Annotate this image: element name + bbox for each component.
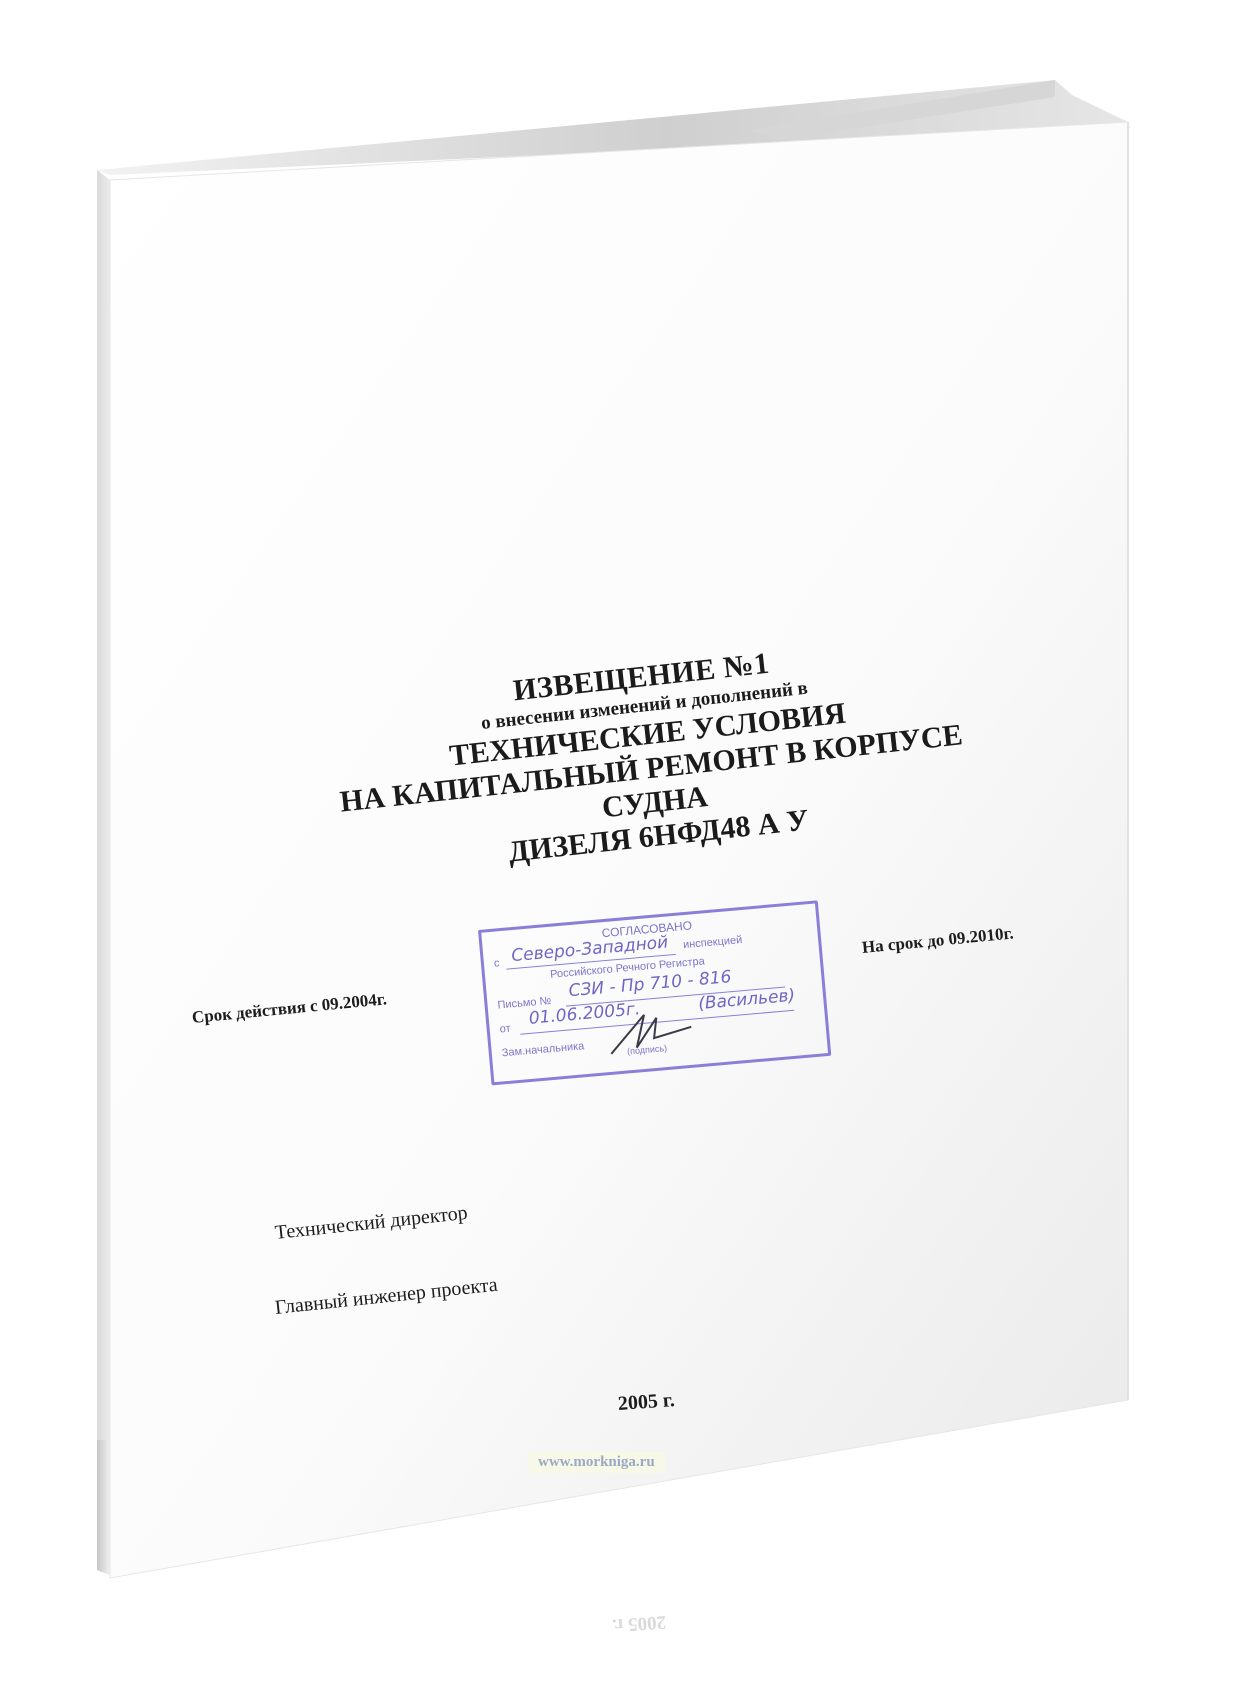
stamp-date-label: от — [499, 1023, 511, 1036]
stamp-inspection-suffix: инспекцией — [683, 934, 743, 951]
stamp-signature-caption: (подпись) — [627, 1043, 668, 1056]
stamp-prefix: с — [493, 957, 500, 969]
stamp-deputy-label: Зам.начальника — [501, 1040, 584, 1059]
approval-stamp: СОГЛАСОВАНО с Северо-Западной инспекцией… — [478, 900, 831, 1085]
stamp-signer: (Васильев) — [697, 986, 795, 1014]
watermark: www.morkniga.ru — [528, 1452, 665, 1473]
year-reflection: 2005 г. — [611, 1610, 666, 1636]
publication-year: 2005 г. — [617, 1389, 675, 1416]
